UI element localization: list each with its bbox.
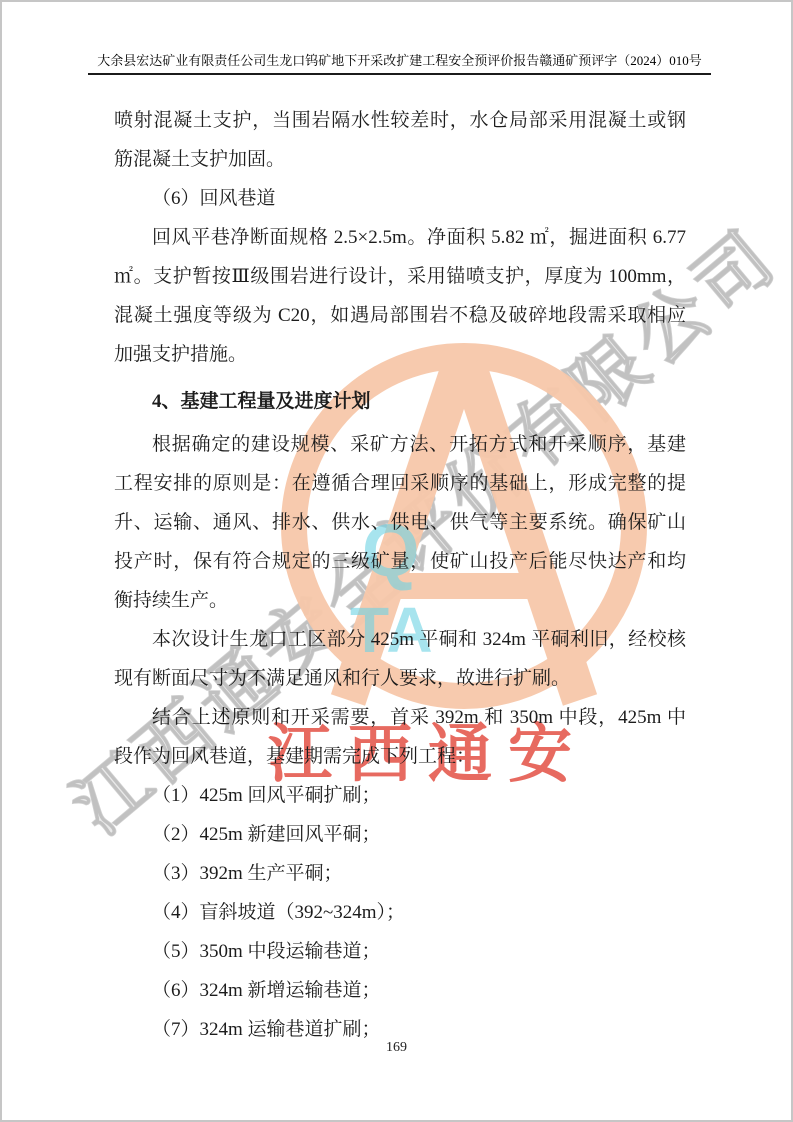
- list-item: （6）324m 新增运输巷道；: [114, 971, 686, 1010]
- list-item: （2）425m 新建回风平硐；: [114, 815, 686, 854]
- text-line: 升、运输、通风、排水、供水、供电、供气等主要系统。确保矿山: [114, 503, 686, 542]
- text-line: 喷射混凝土支护，当围岩隔水性较差时，水仓局部采用混凝土或钢: [114, 101, 686, 140]
- list-item: （3）392m 生产平硐；: [114, 854, 686, 893]
- text-line: 工程安排的原则是：在遵循合理回采顺序的基础上，形成完整的提: [114, 464, 686, 503]
- list-item: （1）425m 回风平硐扩刷；: [114, 776, 686, 815]
- text-line: 回风平巷净断面规格 2.5×2.5m。净面积 5.82 ㎡，掘进面积 6.77: [114, 218, 686, 257]
- text-line: （6）回风巷道: [114, 179, 686, 218]
- text-line: 筋混凝土支护加固。: [114, 140, 686, 179]
- document-page: 江西通安全评价有限公司 Q TA 江西通安 大余县宏达矿业有限责任公司生龙口钨矿…: [0, 0, 793, 1122]
- report-header: 大余县宏达矿业有限责任公司生龙口钨矿地下开采改扩建工程安全预评价报告赣通矿预评字…: [88, 50, 711, 75]
- text-line: 现有断面尺寸为不满足通风和行人要求，故进行扩刷。: [114, 659, 686, 698]
- document-body: 喷射混凝土支护，当围岩隔水性较差时，水仓局部采用混凝土或钢 筋混凝土支护加固。 …: [114, 101, 686, 1049]
- section-heading: 4、基建工程量及进度计划: [114, 382, 686, 421]
- text-line: 段作为回风巷道，基建期需完成下列工程：: [114, 737, 686, 776]
- text-line: 根据确定的建设规模、采矿方法、开拓方式和开采顺序，基建: [114, 425, 686, 464]
- list-item: （5）350m 中段运输巷道；: [114, 932, 686, 971]
- text-line: 混凝土强度等级为 C20，如遇局部围岩不稳及破碎地段需采取相应: [114, 296, 686, 335]
- list-item: （4）盲斜坡道（392~324m）；: [114, 893, 686, 932]
- text-line: 加强支护措施。: [114, 335, 686, 374]
- text-line: 本次设计生龙口工区部分 425m 平硐和 324m 平硐利旧，经校核: [114, 620, 686, 659]
- text-line: 结合上述原则和开采需要，首采 392m 和 350m 中段，425m 中: [114, 698, 686, 737]
- text-line: ㎡。支护暂按Ⅲ级围岩进行设计，采用锚喷支护，厚度为 100mm，: [114, 257, 686, 296]
- text-line: 投产时，保有符合规定的三级矿量，使矿山投产后能尽快达产和均: [114, 542, 686, 581]
- text-line: 衡持续生产。: [114, 581, 686, 620]
- list-item: （7）324m 运输巷道扩刷；: [114, 1010, 686, 1049]
